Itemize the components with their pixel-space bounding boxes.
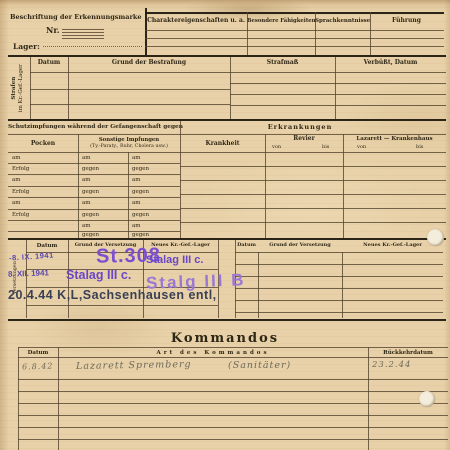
impf-cell: gegen: [82, 212, 99, 218]
kommandos-header-return: Rückkehrdatum: [368, 350, 448, 356]
erkrankungen-header-disease: Krankheit: [180, 141, 265, 148]
impf-cell: Erfolg: [12, 212, 29, 218]
impf-cell: am: [82, 223, 91, 229]
rule: [8, 319, 446, 321]
rule: [235, 300, 443, 301]
versetzungen-right-header-camp: Neues Kr.-Gef.-Lager: [342, 243, 443, 249]
rule: [145, 46, 444, 47]
lager-blank-line: [43, 46, 142, 47]
strafen-side-label: Strafen im Kr.-Gef.-Lager: [11, 58, 25, 118]
rule: [342, 252, 343, 318]
rule: [62, 38, 104, 39]
stamp-stalag-3c-2: Stalag III c.: [66, 269, 131, 282]
impf-cell: am: [132, 177, 141, 183]
rule: [8, 55, 446, 57]
punch-hole: [419, 391, 435, 407]
rule: [145, 30, 444, 31]
impfungen-header-pocken: Pocken: [8, 141, 78, 148]
rule: [180, 222, 446, 223]
versetzungen-right-header-reason: Grund der Versetzung: [258, 243, 342, 249]
punch-hole: [427, 229, 444, 246]
impf-cell: am: [12, 155, 21, 161]
impfungen-title: Schutzimpfungen während der Gefangenscha…: [8, 124, 180, 131]
stamp-date-2: 8. XII. 1941: [8, 269, 49, 278]
rule: [8, 238, 446, 240]
impf-cell: am: [132, 155, 141, 161]
kommandos-header-type: Art des Kommandos: [58, 350, 368, 356]
traits-header-character: Charaktereigenschaften u. a.: [145, 18, 247, 25]
rule: [235, 264, 443, 265]
identity-tag-title: Beschriftung der Erkennungsmarke: [10, 14, 140, 21]
rule: [62, 29, 104, 30]
impf-cell: am: [82, 155, 91, 161]
stamp-sachsenhausen: 20.4.44 K,L,Sachsenhausen entl,: [8, 289, 217, 302]
rule: [230, 105, 446, 106]
revier-bis-label: bis: [322, 145, 329, 151]
versetzungen-right-header-date: Datum: [235, 243, 258, 249]
pow-record-card: Beschriftung der Erkennungsmarke Nr. Lag…: [0, 0, 450, 450]
rule: [128, 152, 129, 238]
rule: [145, 12, 444, 14]
impf-cell: am: [82, 200, 91, 206]
traits-header-languages: Sprachkenntnisse: [315, 18, 370, 24]
strafen-header-date: Datum: [30, 60, 68, 67]
impf-cell: am: [82, 177, 91, 183]
impf-cell: gegen: [82, 166, 99, 172]
versetzungen-left-header-date: Datum: [26, 243, 68, 249]
rule: [180, 180, 446, 181]
rule: [8, 152, 446, 153]
lazarett-bis-label: bis: [416, 145, 423, 151]
rule: [18, 347, 19, 450]
rule: [258, 252, 259, 318]
impfungen-header-sonstige: Sonstige Impfungen: [78, 137, 180, 143]
rule: [368, 347, 369, 450]
rule: [145, 38, 444, 39]
rule: [18, 357, 448, 358]
rule: [8, 197, 180, 198]
impf-cell: gegen: [132, 166, 149, 172]
rule: [18, 391, 448, 392]
impf-cell: gegen: [132, 189, 149, 195]
stamp-date-1: -8. IX. 1941: [9, 251, 54, 262]
rule: [8, 220, 180, 221]
rule: [235, 276, 443, 277]
strafen-side-label-2: im Kr.-Gef.-Lager: [18, 64, 24, 112]
impfungen-header-sonstige-sub: (Ty.-Paraty., Ruhr, Cholera usw.): [78, 144, 180, 150]
rule: [8, 163, 180, 164]
impf-cell: Erfolg: [12, 166, 29, 172]
impf-cell: am: [12, 200, 21, 206]
strafen-side-label-1: Strafen: [11, 77, 17, 100]
impf-cell: am: [12, 177, 21, 183]
rule: [18, 439, 448, 440]
revier-von-label: von: [272, 145, 281, 151]
rule: [145, 8, 147, 55]
kommando-entry-type: Lazarett Spremberg: [76, 360, 192, 372]
stamp-stalag-3c-1: Stalag III c.: [146, 255, 203, 266]
kommandos-title: Kommandos: [125, 332, 325, 347]
rule: [30, 104, 230, 105]
erkrankungen-header-lazarett: Lazarett — Krankenhaus: [343, 136, 446, 142]
rule: [8, 119, 446, 121]
kommando-entry-date: 6.8.42: [22, 362, 54, 371]
rule: [180, 194, 446, 195]
impf-cell: am: [132, 223, 141, 229]
rule: [8, 186, 180, 187]
impf-cell: Erfolg: [12, 189, 29, 195]
rule: [30, 89, 230, 90]
rule: [235, 288, 443, 289]
rule: [18, 415, 448, 416]
rule: [8, 209, 180, 210]
rule: [18, 347, 448, 348]
rule: [235, 252, 443, 253]
rule: [180, 166, 446, 167]
kommando-entry-note: (Sanitäter): [228, 361, 291, 371]
traits-header-conduct: Führung: [370, 18, 443, 25]
rule: [180, 208, 446, 209]
erkrankungen-header-revier: Revier: [265, 136, 343, 143]
erkrankungen-title: Erkrankungen: [180, 124, 420, 131]
rule: [26, 305, 218, 306]
rule: [8, 134, 446, 135]
rule: [18, 379, 448, 380]
rule: [8, 174, 180, 175]
strafen-header-reason: Grund der Bestrafung: [68, 60, 230, 67]
rule: [230, 94, 446, 95]
impf-cell: am: [132, 200, 141, 206]
kommando-entry-return: 23.2.44: [372, 361, 411, 370]
lazarett-von-label: von: [357, 145, 366, 151]
impf-cell: gegen: [132, 212, 149, 218]
rule: [230, 83, 446, 84]
lager-label: Lager:: [13, 43, 40, 52]
rule: [235, 312, 443, 313]
nr-label: Nr.: [46, 26, 60, 35]
impf-cell: gegen: [82, 189, 99, 195]
rule: [62, 32, 104, 33]
rule: [18, 427, 448, 428]
rule: [62, 35, 104, 36]
traits-header-abilities: Besondere Fähigkeiten: [247, 18, 315, 24]
rule: [58, 347, 59, 450]
strafen-header-measure: Strafmaß: [230, 60, 335, 67]
rule: [30, 72, 446, 73]
kommandos-header-date: Datum: [18, 350, 58, 356]
rule: [18, 403, 448, 404]
strafen-header-served: Verbüßt, Datum: [335, 60, 446, 67]
